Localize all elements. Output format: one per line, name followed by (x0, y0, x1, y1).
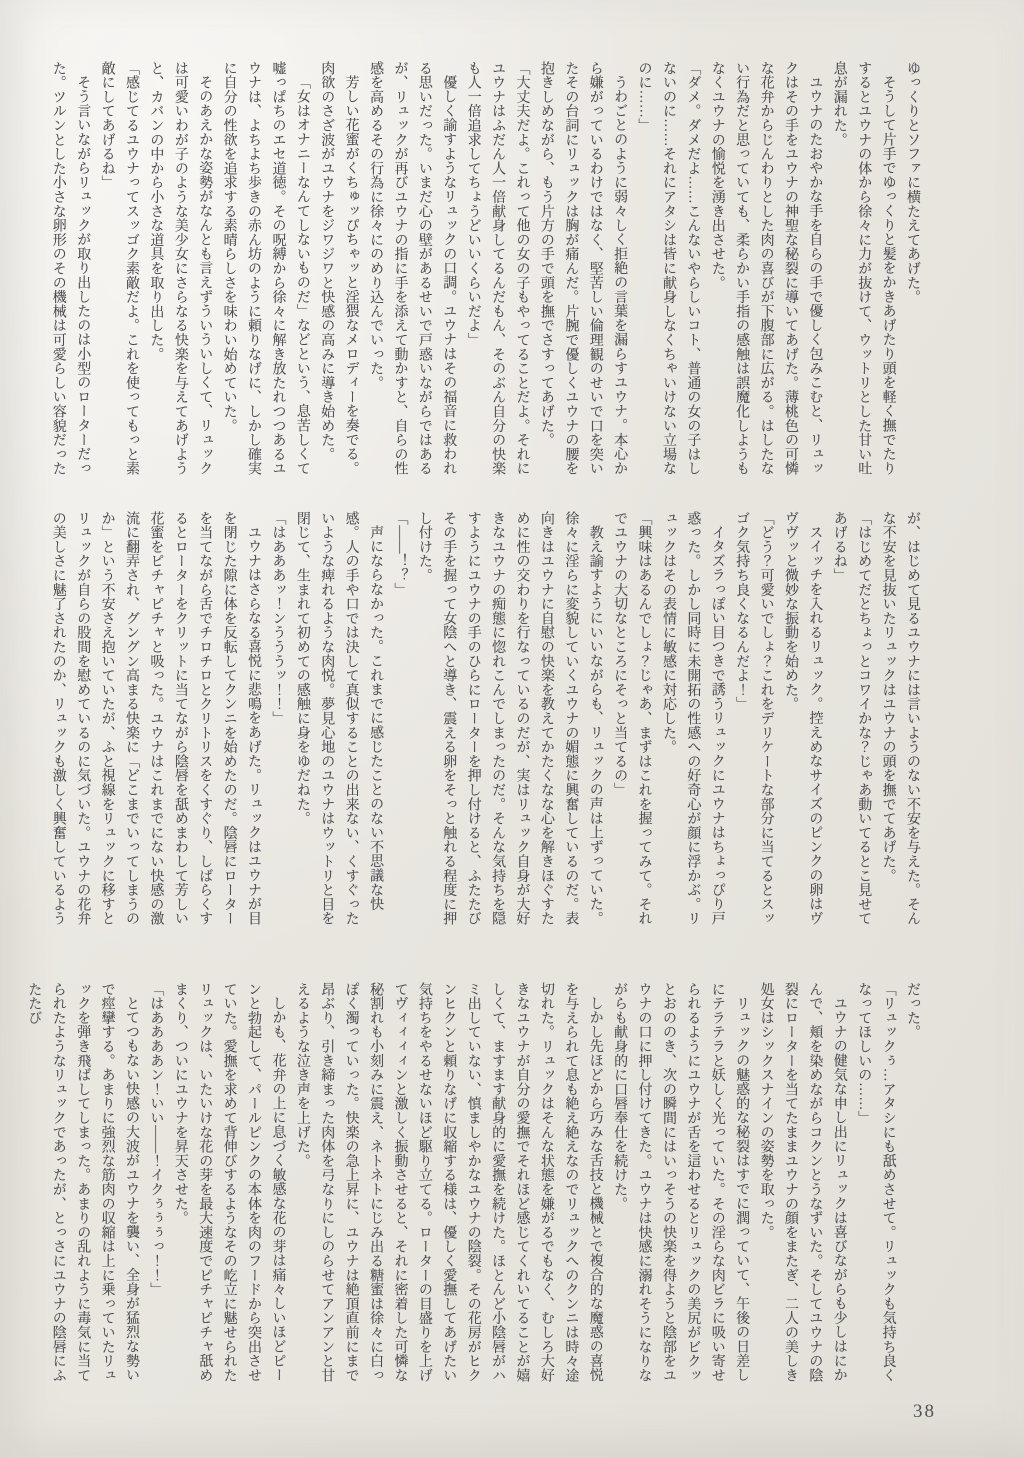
paragraph: イタズラっぽい目つきで誘うリュックにユウナはちょっぴり戸惑った。しかし同時に未開… (656, 511, 729, 937)
paragraph: 「感じてるユウナってスッゴク素敵だよ。これを使ってもっと素敵にしてあげるね」 (94, 61, 143, 479)
paragraph: ゆっくりとソファに横たえてあげた。 (900, 61, 924, 479)
paragraph: 優しく諭すようなリュックの口調。ユウナはその福音に救われる思いだった。いまだ心の… (363, 61, 461, 479)
paragraph: 「女はオナニーなんてしないものだ」などという、息苦しくて嘘っぱちのエセ道徳。その… (216, 61, 314, 479)
paragraph: 「――！？」 (387, 511, 411, 937)
paragraph: しかし先ほどから巧みな舌技と機械とで複合的な魔惑の喜悦を与えられて息も絶え絶えな… (289, 982, 606, 1396)
text-block-top: ゆっくりとソファに横たえてあげた。 そうして片手でゆっくりと髪をかきあげたり頭を… (44, 61, 924, 479)
paragraph: しかも、花弁の上に息づく敏感な花の芽は痛々しいほどピーンと勃起して、パールピンク… (167, 982, 289, 1396)
paragraph: 「はああああン！いい――！イクぅぅぅっ！！」 (143, 982, 167, 1396)
paragraph: 「はじめてだとちょっとコワイかな？じゃあ動いてるとこ見せてあげるね」 (826, 511, 875, 937)
paragraph: 芳しい花蜜がくちゅッぴちゃッと淫猥なメロディーを奏でる。肉欲のさざ波がユウナをジ… (314, 61, 363, 479)
paragraph: そう言いながらリュックが取り出したのは小型のローターだった。ツルンとした小さな卵… (45, 61, 94, 479)
paragraph: 「大丈夫だよ。これって他の女の子もやってることだよ。それにユウナはふだん人一倍献… (460, 61, 533, 479)
paragraph: 教え諭すようにいいながらも、リュックの声は上ずっていた。徐々に淫らに変貌していく… (411, 511, 606, 937)
paragraph: そうして片手でゆっくりと髪をかきあげたり頭を軽く撫でたりするとユウナの体から徐々… (826, 61, 899, 479)
paragraph: スイッチを入れるリュック。控えめなサイズのピンクの卵はヴヴヴッと微妙な振動を始め… (778, 511, 827, 937)
paragraph: ユウナのたおやかな手を自らの手で優しく包みこむと、リュックはその手をユウナの神聖… (704, 61, 826, 479)
paragraph: リュックの魅惑的な秘裂はすでに潤っていて、午後の日差しにテラテラと妖しく光ってい… (607, 982, 753, 1396)
paragraph: だった。 (900, 982, 924, 1396)
page-number: 38 (913, 1401, 936, 1423)
paragraph: 「リュックぅ…アタシにも舐めさせて。リュックも気持ち良くなってほしいの……」 (851, 982, 900, 1396)
paragraph: ユウナの健気な申し出にリュックは喜びながらも少しはにかんで、頬を染めながらコクン… (753, 982, 851, 1396)
paragraph: 「興味はあるんでしょ？じゃあ、まずはこれを握ってみて。それでユウナの大切なところ… (607, 511, 656, 937)
paragraph: ユウナはさらなる喜悦に悲鳴をあげた。リュックはユウナが目を閉じた隙に体を反転して… (45, 511, 265, 937)
paragraph: が、はじめて見るユウナには言いようのない不安を与えた。そんな不安を見抜いたリュッ… (875, 511, 924, 937)
paragraph: とてつもない快感の大波がユウナを襲い、全身が猛烈な勢いで痙攣する。あまりに強烈な… (21, 982, 143, 1396)
paragraph: 「どう？可愛いでしょ？これをデリケートな部分に当てるとスッゴク気持ち良くなるんだ… (729, 511, 778, 937)
text-block-middle: が、はじめて見るユウナには言いようのない不安を与えた。そんな不安を見抜いたリュッ… (44, 511, 924, 937)
paragraph: うわごとのように弱々しく拒絶の言葉を漏らすユウナ。本心から嫌がっているわけではな… (534, 61, 632, 479)
paragraph: 「はあああッ！ンうううッ！！」 (265, 511, 289, 937)
paragraph: 「ダメ。ダメだよ……こんないやらしいコト、普通の女の子はしないのに……それにアタ… (631, 61, 704, 479)
paragraph: そのあえかな姿勢がなんとも言えずういういしくて、リュックは可愛いわが子のような美… (143, 61, 216, 479)
text-block-bottom: だった。 「リュックぅ…アタシにも舐めさせて。リュックも気持ち良くなってほしいの… (44, 982, 924, 1396)
paragraph: 声にならなかった。これまでに感じたことのない不思議な快感。人の手や口では決して真… (289, 511, 387, 937)
scanned-page: ゆっくりとソファに横たえてあげた。 そうして片手でゆっくりと髪をかきあげたり頭を… (0, 0, 1024, 1458)
